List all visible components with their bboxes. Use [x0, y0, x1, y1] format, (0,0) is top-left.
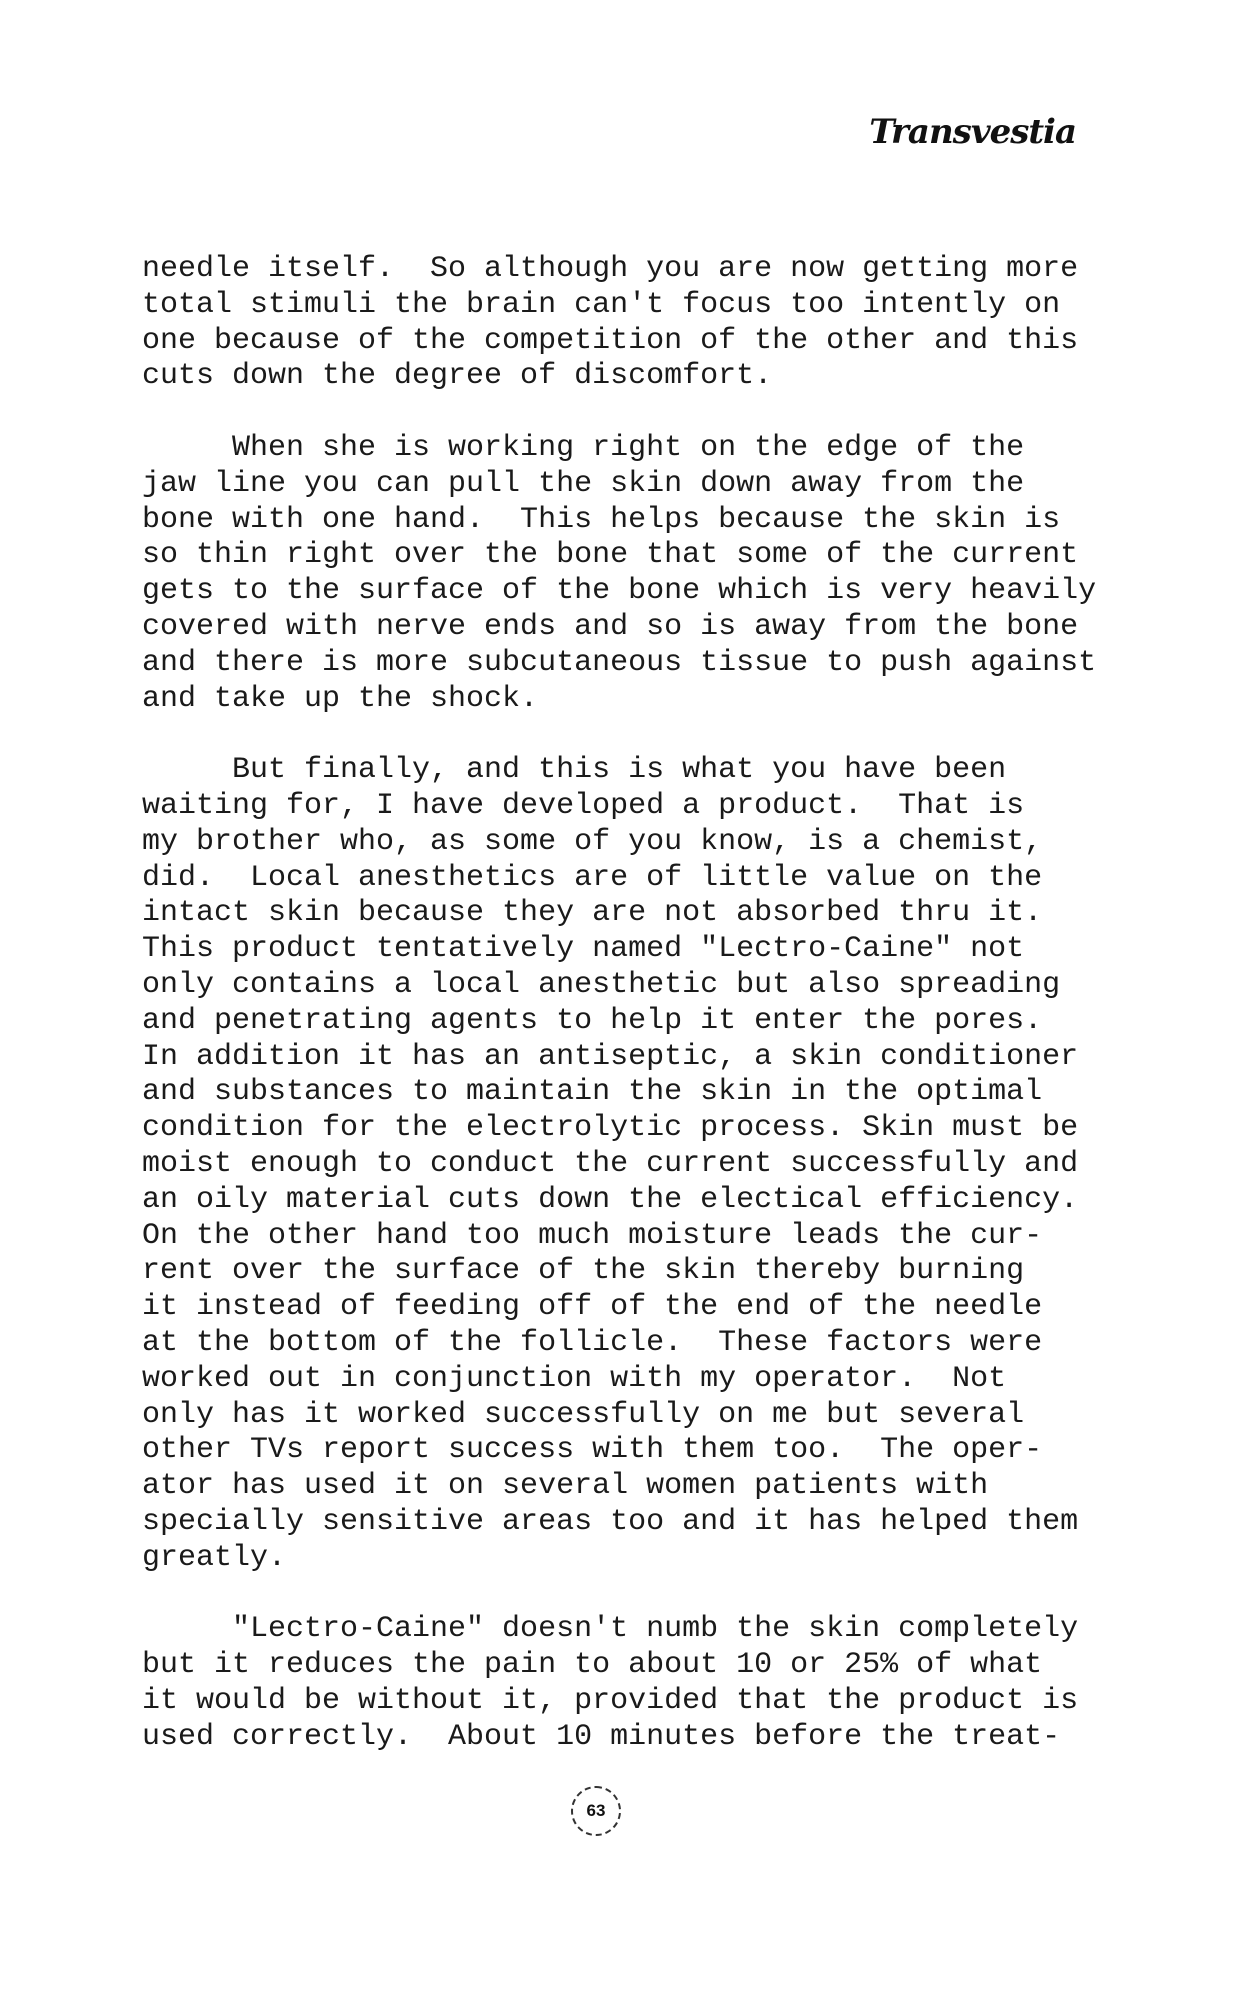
text-line: needle itself. So although you are now g… [142, 252, 1142, 288]
text-line: jaw line you can pull the skin down away… [142, 467, 1142, 503]
text-line: greatly. [142, 1541, 1142, 1577]
text-line: moist enough to conduct the current succ… [142, 1147, 1142, 1183]
text-line: condition for the electrolytic process. … [142, 1111, 1142, 1147]
text-line: waiting for, I have developed a product.… [142, 789, 1142, 825]
text-line: This product tentatively named "Lectro-C… [142, 932, 1142, 968]
text-line: only has it worked successfully on me bu… [142, 1398, 1142, 1434]
text-line: my brother who, as some of you know, is … [142, 825, 1142, 861]
paragraph: When she is working right on the edge of… [142, 431, 1142, 717]
text-line: covered with nerve ends and so is away f… [142, 610, 1142, 646]
page-number: 63 [571, 1786, 621, 1836]
text-line: intact skin because they are not absorbe… [142, 896, 1142, 932]
paragraph: "Lectro-Caine" doesn't numb the skin com… [142, 1612, 1142, 1755]
text-line: did. Local anesthetics are of little val… [142, 861, 1142, 897]
text-line: and there is more subcutaneous tissue to… [142, 646, 1142, 682]
text-line: When she is working right on the edge of… [142, 431, 1142, 467]
magazine-title: Transvestia [869, 112, 1076, 152]
text-line: and take up the shock. [142, 682, 1142, 718]
text-line: it instead of feeding off of the end of … [142, 1290, 1142, 1326]
text-line: bone with one hand. This helps because t… [142, 503, 1142, 539]
text-line: only contains a local anesthetic but als… [142, 968, 1142, 1004]
text-line: it would be without it, provided that th… [142, 1684, 1142, 1720]
text-line: and penetrating agents to help it enter … [142, 1004, 1142, 1040]
text-line: "Lectro-Caine" doesn't numb the skin com… [142, 1612, 1142, 1648]
text-line: rent over the surface of the skin thereb… [142, 1254, 1142, 1290]
text-line: one because of the competition of the ot… [142, 324, 1142, 360]
text-line: so thin right over the bone that some of… [142, 538, 1142, 574]
text-line: worked out in conjunction with my operat… [142, 1362, 1142, 1398]
text-line: other TVs report success with them too. … [142, 1433, 1142, 1469]
body-text: needle itself. So although you are now g… [142, 252, 1142, 1791]
text-line: at the bottom of the follicle. These fac… [142, 1326, 1142, 1362]
text-line: an oily material cuts down the electical… [142, 1183, 1142, 1219]
text-line: gets to the surface of the bone which is… [142, 574, 1142, 610]
text-line: but it reduces the pain to about 10 or 2… [142, 1648, 1142, 1684]
text-line: total stimuli the brain can't focus too … [142, 288, 1142, 324]
paragraph: needle itself. So although you are now g… [142, 252, 1142, 395]
text-line: and substances to maintain the skin in t… [142, 1075, 1142, 1111]
text-line: used correctly. About 10 minutes before … [142, 1720, 1142, 1756]
text-line: In addition it has an antiseptic, a skin… [142, 1040, 1142, 1076]
text-line: ator has used it on several women patien… [142, 1469, 1142, 1505]
text-line: But finally, and this is what you have b… [142, 753, 1142, 789]
text-line: On the other hand too much moisture lead… [142, 1219, 1142, 1255]
paragraph: But finally, and this is what you have b… [142, 753, 1142, 1576]
text-line: cuts down the degree of discomfort. [142, 359, 1142, 395]
text-line: specially sensitive areas too and it has… [142, 1505, 1142, 1541]
